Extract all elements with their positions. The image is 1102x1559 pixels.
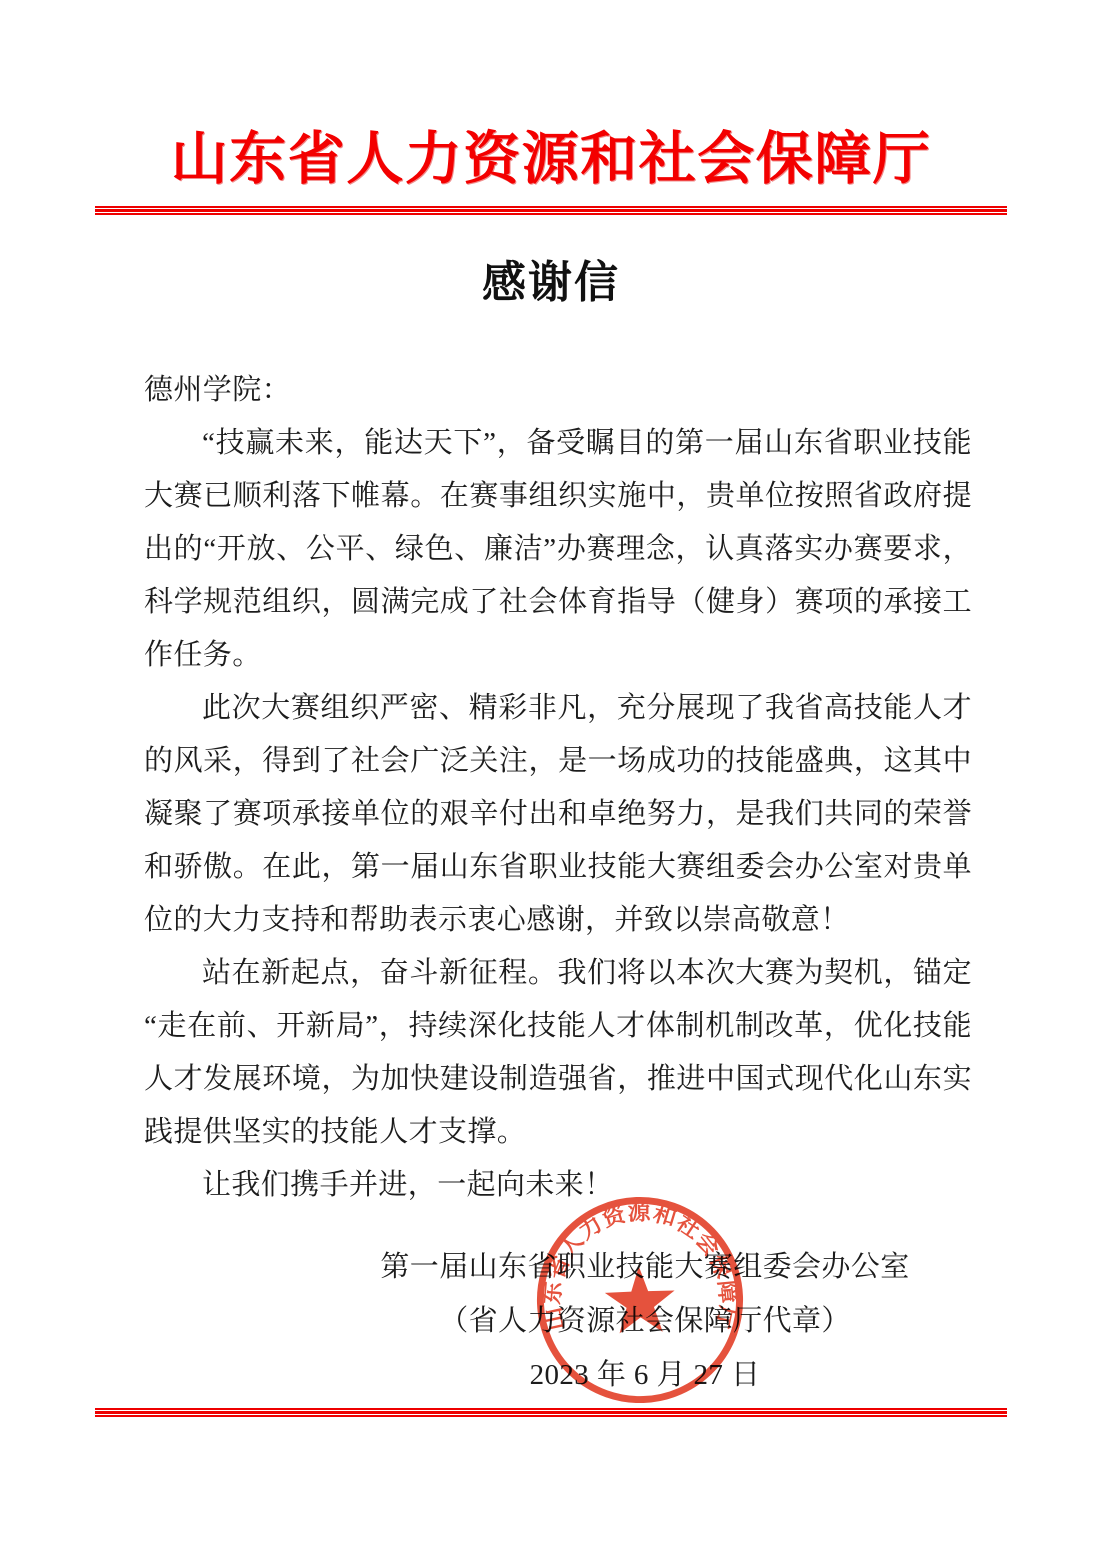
salutation: 德州学院：	[144, 364, 972, 417]
closing-signer: 第一届山东省职业技能大赛组委会办公室	[233, 1240, 1057, 1294]
closing-seal-note: （省人力资源社会保障厅代章）	[233, 1294, 1057, 1348]
agency-header-title: 山东省人力资源和社会保障厅	[0, 0, 1102, 193]
footer-divider-rule	[95, 1408, 1007, 1417]
letter-body: 德州学院： “技赢未来，能达天下”，备受瞩目的第一届山东省职业技能大赛已顺利落下…	[144, 364, 972, 1212]
closing-date: 2023 年 6 月 27 日	[233, 1348, 1057, 1402]
letter-page: 山东省人力资源和社会保障厅 感谢信 德州学院： “技赢未来，能达天下”，备受瞩目…	[0, 0, 1102, 1559]
letter-title: 感谢信	[0, 257, 1102, 308]
closing-block: 第一届山东省职业技能大赛组委会办公室 （省人力资源社会保障厅代章） 2023 年…	[233, 1240, 1057, 1402]
paragraph: 此次大赛组织严密、精彩非凡，充分展现了我省高技能人才的风采，得到了社会广泛关注，…	[144, 682, 972, 947]
header-divider-rule	[95, 206, 1007, 215]
paragraph: “技赢未来，能达天下”，备受瞩目的第一届山东省职业技能大赛已顺利落下帷幕。在赛事…	[144, 417, 972, 682]
paragraph: 让我们携手并进，一起向未来！	[144, 1159, 972, 1212]
paragraph: 站在新起点，奋斗新征程。我们将以本次大赛为契机，锚定“走在前、开新局”，持续深化…	[144, 947, 972, 1159]
